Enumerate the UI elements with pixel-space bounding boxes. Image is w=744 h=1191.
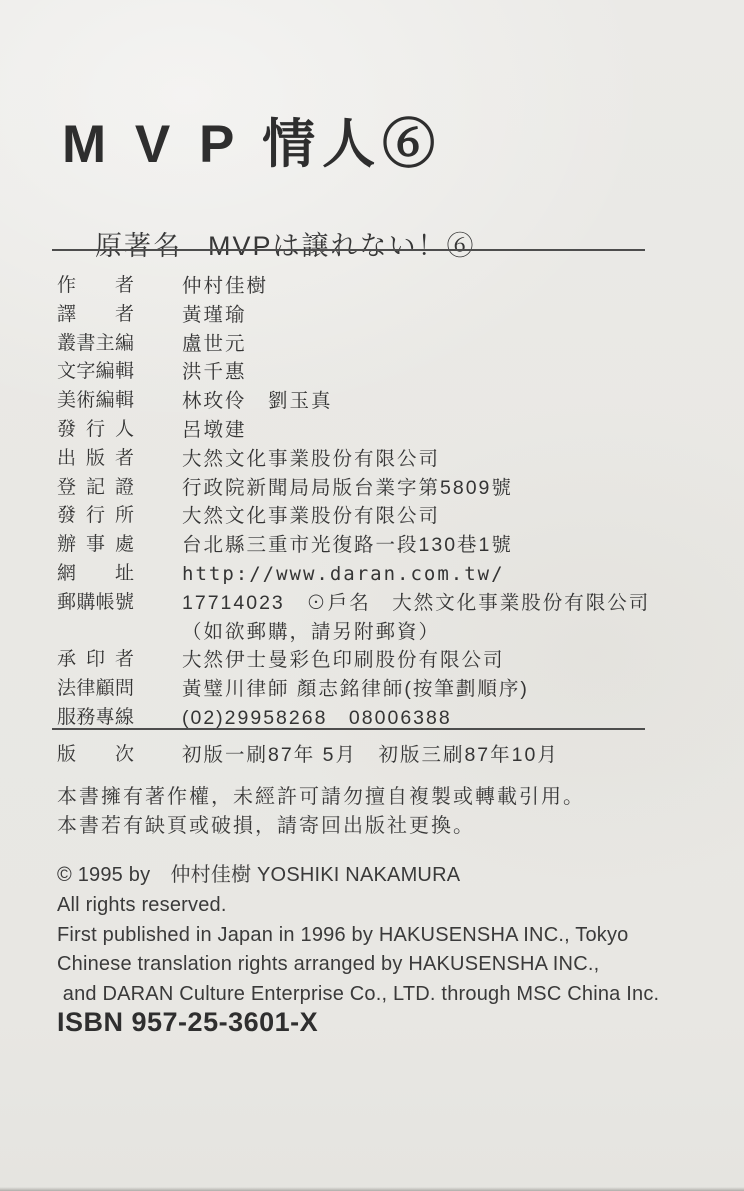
credit-row-website: 網址 http://www.daran.com.tw/ (57, 560, 697, 589)
credit-label: 辦事處 (57, 531, 134, 560)
colophon-page: M V P 情人⑥ 原著名MVPは譲れない！⑥ 作者 仲村佳樹 譯者 黃瑾瑜 叢… (0, 0, 744, 1191)
rights-reserved-line: All rights reserved. (57, 891, 659, 921)
edition-label: 版次 (57, 741, 134, 770)
book-title: M V P 情人⑥ (62, 102, 442, 178)
credit-value: 呂墩建 (182, 416, 247, 445)
mail-order-note: （如欲郵購，請另附郵資） (182, 618, 440, 647)
arrangement-line: and DARAN Culture Enterprise Co., LTD. t… (57, 980, 659, 1010)
isbn: ISBN 957-25-3601-X (57, 1007, 318, 1038)
credit-value: 林玫伶 劉玉真 (182, 387, 333, 416)
credit-value: 行政院新聞局局版台業字第5809號 (182, 474, 513, 503)
edition-row: 版次 初版一刷87年 5月 初版三刷87年10月 (57, 741, 697, 770)
credit-row-distributor: 發行所 大然文化事業股份有限公司 (57, 502, 697, 531)
divider-bottom (52, 728, 645, 730)
credit-label: 文字編輯 (57, 358, 134, 387)
legal-block: © 1995 by 仲村佳樹 YOSHIKI NAKAMURA All righ… (57, 861, 659, 1010)
credit-row-mail-order-note: （如欲郵購，請另附郵資） (57, 618, 697, 647)
replacement-notice: 本書若有缺頁或破損，請寄回出版社更換。 (57, 812, 585, 841)
credit-label: 叢書主編 (57, 330, 134, 359)
credit-label: 承印者 (57, 646, 134, 675)
copyright-notice: 本書擁有著作權，未經許可請勿擅自複製或轉載引用。 (57, 783, 585, 812)
translation-rights-line: Chinese translation rights arranged by H… (57, 950, 659, 980)
credit-label: 法律顧問 (57, 675, 134, 704)
credit-value: 盧世元 (182, 330, 247, 359)
credit-value: 仲村佳樹 (182, 272, 268, 301)
credit-value: 黃璧川律師 顏志銘律師(按筆劃順序) (182, 675, 529, 704)
credit-value: 洪千惠 (182, 358, 247, 387)
credit-value: 大然文化事業股份有限公司 (182, 502, 440, 531)
credit-label: 郵購帳號 (57, 589, 134, 618)
website-url: http://www.daran.com.tw/ (182, 560, 505, 589)
credit-label: 發行所 (57, 502, 134, 531)
credit-label: 登記證 (57, 474, 134, 503)
credit-row-publisher-person: 發行人 呂墩建 (57, 416, 697, 445)
credit-row-translator: 譯者 黃瑾瑜 (57, 301, 697, 330)
credit-label: 美術編輯 (57, 387, 134, 416)
copyright-notices: 本書擁有著作權，未經許可請勿擅自複製或轉載引用。 本書若有缺頁或破損，請寄回出版… (57, 783, 585, 841)
credit-value: 大然伊士曼彩色印刷股份有限公司 (182, 646, 505, 675)
credit-row-author: 作者 仲村佳樹 (57, 272, 697, 301)
credit-row-mail-order: 郵購帳號 17714023 ⊙戶名 大然文化事業股份有限公司 (57, 589, 697, 618)
credit-row-series-editor: 叢書主編 盧世元 (57, 330, 697, 359)
credit-row-registration: 登記證 行政院新聞局局版台業字第5809號 (57, 474, 697, 503)
credit-row-art-editor: 美術編輯 林玫伶 劉玉真 (57, 387, 697, 416)
credit-value: 台北縣三重市光復路一段130巷1號 (182, 531, 513, 560)
credit-value: 17714023 ⊙戶名 大然文化事業股份有限公司 (182, 589, 650, 618)
credit-row-text-editor: 文字編輯 洪千惠 (57, 358, 697, 387)
credit-label: 作者 (57, 272, 134, 301)
credit-row-publisher: 出版者 大然文化事業股份有限公司 (57, 445, 697, 474)
credit-value: 黃瑾瑜 (182, 301, 247, 330)
original-title-label: 原著名 (95, 231, 182, 261)
credit-row-legal-advisor: 法律顧問 黃璧川律師 顏志銘律師(按筆劃順序) (57, 675, 697, 704)
credit-value: 大然文化事業股份有限公司 (182, 445, 440, 474)
edition-value: 初版一刷87年 5月 初版三刷87年10月 (182, 741, 559, 770)
credits-list: 作者 仲村佳樹 譯者 黃瑾瑜 叢書主編 盧世元 文字編輯 洪千惠 美術編輯 林玫… (57, 272, 697, 733)
credit-label: 網址 (57, 560, 134, 589)
credit-label: 出版者 (57, 445, 134, 474)
first-published-line: First published in Japan in 1996 by HAKU… (57, 921, 659, 951)
credit-row-printer: 承印者 大然伊士曼彩色印刷股份有限公司 (57, 646, 697, 675)
credit-label: 發行人 (57, 416, 134, 445)
credit-label: 譯者 (57, 301, 134, 330)
divider-top (52, 249, 645, 251)
credit-row-office: 辦事處 台北縣三重市光復路一段130巷1號 (57, 531, 697, 560)
copyright-line: © 1995 by 仲村佳樹 YOSHIKI NAKAMURA (57, 861, 659, 891)
original-title: MVPは譲れない！⑥ (208, 231, 476, 261)
